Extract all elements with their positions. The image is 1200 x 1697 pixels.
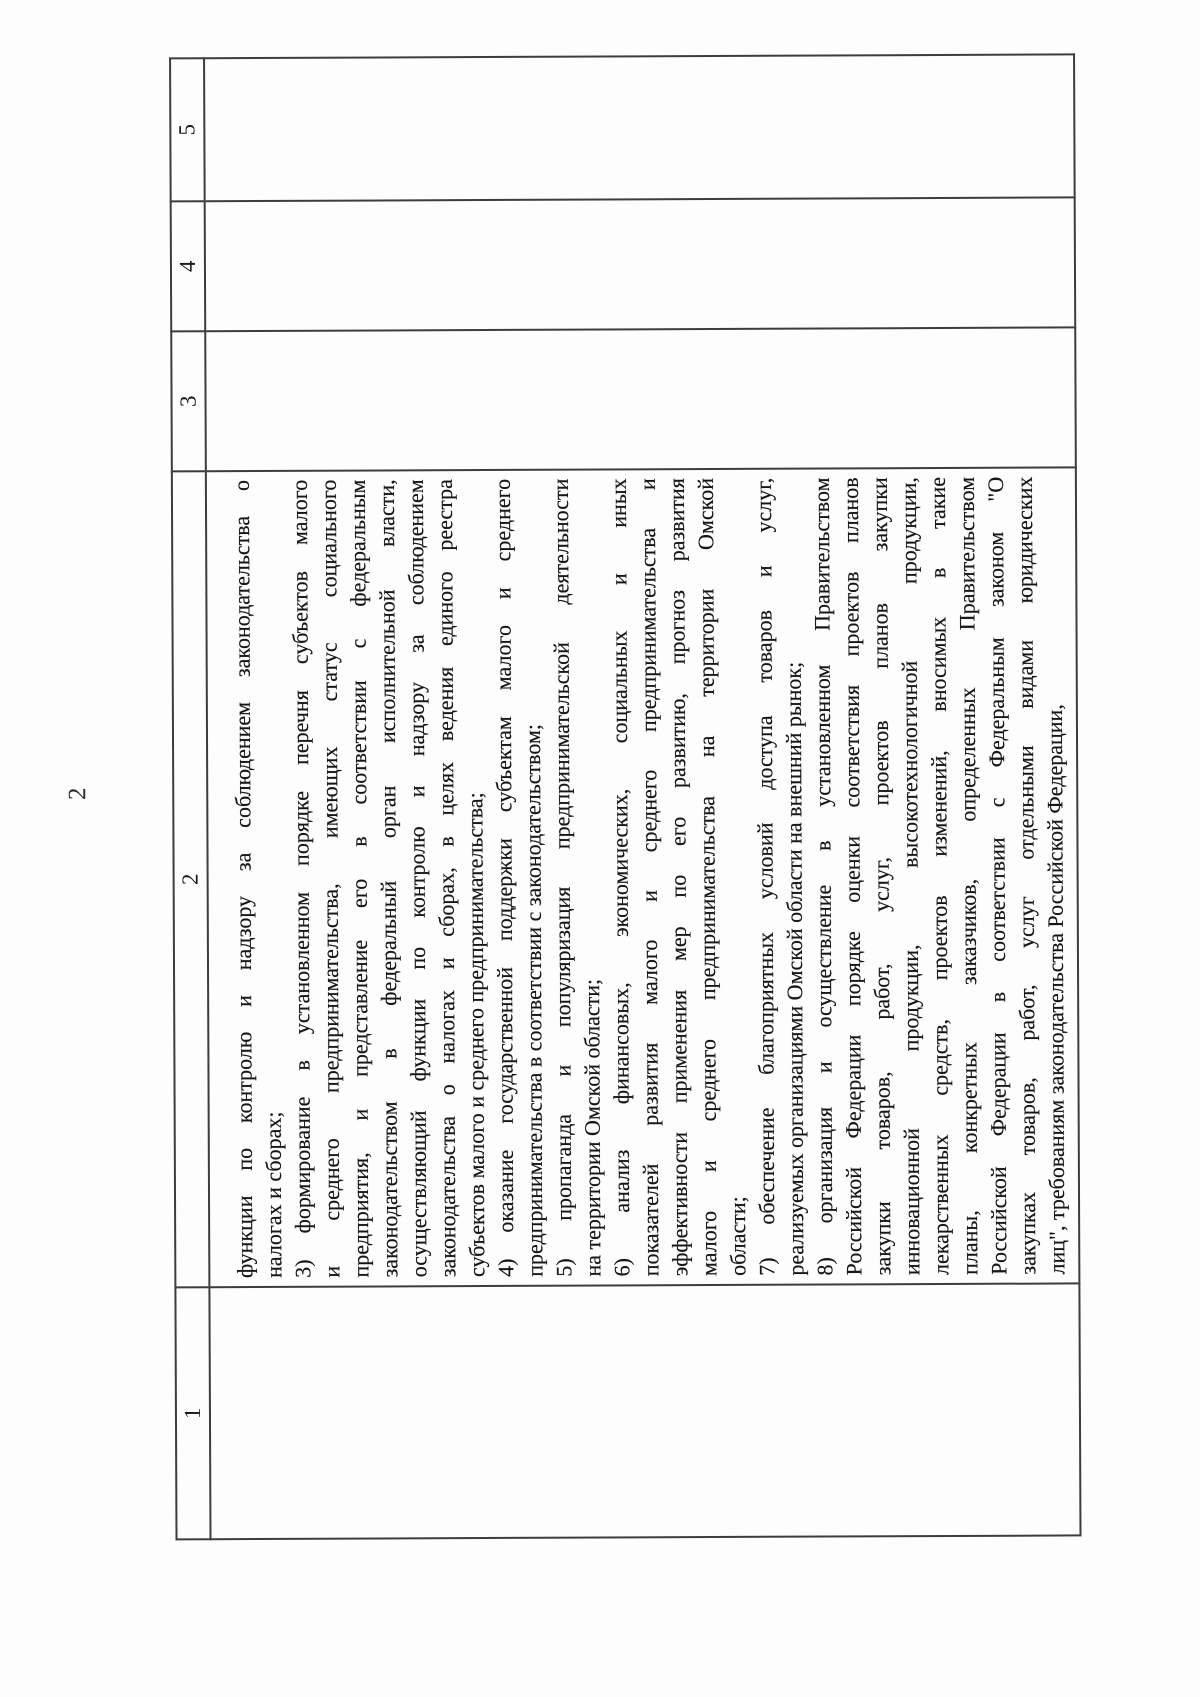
text-line: на территории Омской области; [574, 478, 606, 1276]
text-line: и среднего предпринимательства, имеющих … [313, 479, 345, 1277]
text-line: предпринимательства в соответствии с зак… [516, 478, 548, 1276]
empty-cell-col1 [209, 1283, 1080, 1539]
text-line: планы, конкретных заказчиков, определенн… [951, 476, 983, 1274]
empty-cell-col5 [204, 54, 1075, 201]
text-line: 5) пропаганда и популяризация предприним… [545, 478, 577, 1276]
table-body-row: функции по контролю и надзору за соблюде… [204, 54, 1080, 1539]
text-line: функции по контролю и надзору за соблюде… [226, 480, 258, 1278]
text-line: закупки товаров, работ, услуг, проектов … [864, 477, 896, 1275]
text-line: 4) оказание государственной поддержки су… [487, 478, 519, 1276]
text-line: закупках товаров, работ, услуг отдельным… [1009, 476, 1041, 1274]
text-line: 7) обеспечение благоприятных условий дос… [748, 477, 780, 1275]
scanned-page: 2 1 2 3 4 5 функции по контрол [0, 0, 1200, 1697]
text-line: Российской Федерации порядке оценки соот… [835, 477, 867, 1275]
column-header-3: 3 [171, 331, 206, 471]
text-line: налогах и сборах; [255, 479, 287, 1277]
landscape-sheet: 2 1 2 3 4 5 функции по контрол [0, 0, 1200, 1697]
function-text-cell: функции по контролю и надзору за соблюде… [205, 467, 1079, 1287]
text-line: эффективности применения мер по его разв… [661, 478, 693, 1276]
text-line: субъектов малого и среднего предпринимат… [458, 478, 490, 1276]
text-line: законодательства о налогах и сборах, в ц… [429, 479, 461, 1277]
text-line: показателей развития малого и среднего п… [632, 478, 664, 1276]
functions-table: 1 2 3 4 5 функции по контролю и надзору … [169, 53, 1081, 1540]
text-line: лекарственных средств, проектов изменени… [922, 476, 954, 1274]
column-header-1: 1 [175, 1287, 210, 1539]
empty-cell-col3 [205, 327, 1076, 471]
text-line: области; [719, 477, 751, 1275]
text-line: осуществляющий функции по контролю и над… [400, 479, 432, 1277]
table-header-row: 1 2 3 4 5 [170, 58, 210, 1539]
text-line: лиц", требованиям законодательства Росси… [1038, 476, 1070, 1274]
text-line: малого и среднего предпринимательства на… [690, 477, 722, 1275]
column-header-4: 4 [170, 201, 205, 331]
text-line: 6) анализ финансовых, экономических, соц… [603, 478, 635, 1276]
text-line: инновационной продукции, высокотехнологи… [893, 477, 925, 1275]
text-line: Российской Федерации в соответствии с Фе… [980, 476, 1012, 1274]
column-header-2: 2 [171, 471, 209, 1287]
column-header-5: 5 [170, 58, 205, 201]
page-number: 2 [64, 777, 92, 809]
text-line: предприятия, и представление его в соотв… [342, 479, 374, 1277]
empty-cell-col4 [204, 197, 1075, 331]
text-line: реализуемых организациями Омской области… [777, 477, 809, 1275]
text-line: законодательством в федеральный орган ис… [371, 479, 403, 1277]
text-line: 8) организация и осуществление в установ… [806, 477, 838, 1275]
text-line: 3) формирование в установленном порядке … [284, 479, 316, 1277]
